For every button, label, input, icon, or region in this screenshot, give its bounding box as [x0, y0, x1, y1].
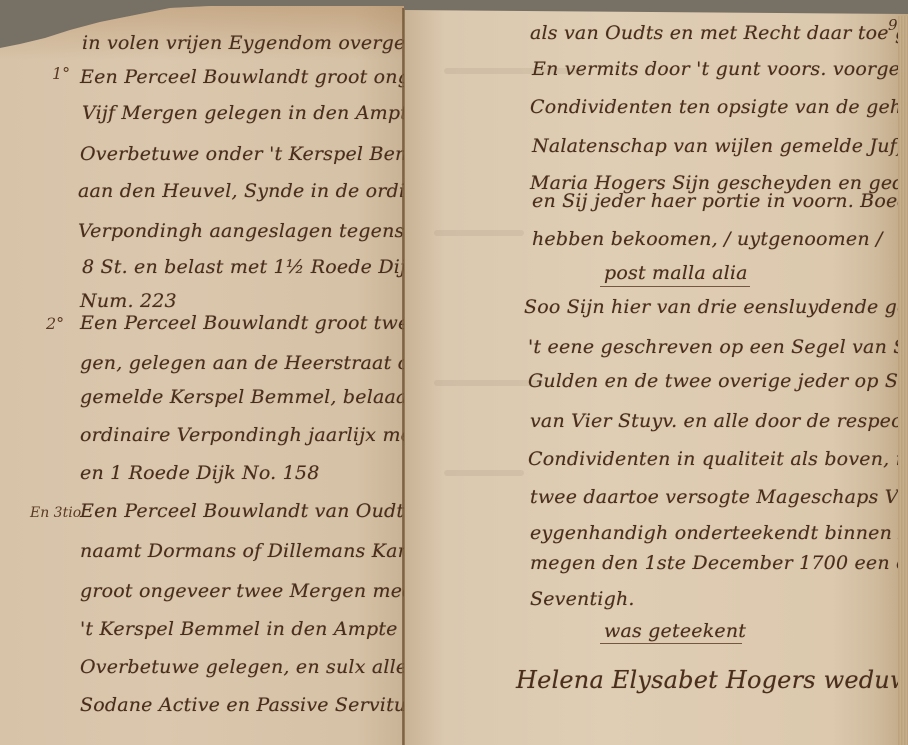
text-line: eygenhandigh onderteekendt binnen Nij-	[530, 522, 908, 544]
text-line: hebben bekoomen, / uytgenoomen /	[532, 228, 883, 250]
book-spread: 1° 2° En 3tio in volen vrijen Eygendom o…	[0, 0, 908, 745]
page-edges	[898, 16, 908, 745]
text-line: En vermits door 't gunt voors. voorgenoe…	[532, 58, 908, 80]
text-line: als van Oudts en met Recht daar toe geho…	[530, 22, 908, 44]
text-line: twee daartoe versogte Mageschaps Vriende…	[530, 486, 908, 508]
text-line: 't Kerspel Bemmel in den Ampte van	[80, 618, 404, 640]
text-line: Een Perceel Bouwlandt van Oudt ge	[80, 500, 404, 522]
text-line: Gulden en de twee overige jeder op Segel…	[528, 370, 908, 392]
text-line: Nalatenschap van wijlen gemelde Juffr.	[532, 135, 908, 157]
text-line: Num. 223	[80, 290, 177, 312]
right-page: 90 als van Oudts en met Recht daar toe g…	[404, 0, 908, 745]
text-line: Soo Sijn hier van drie eensluydende gema…	[524, 296, 908, 318]
margin-note: 1°	[52, 64, 70, 83]
text-line: Seventigh.	[530, 588, 635, 610]
text-line: post malla alia	[604, 262, 748, 284]
left-page: 1° 2° En 3tio in volen vrijen Eygendom o…	[0, 0, 404, 745]
text-line: Verpondingh aangeslagen tegens 5 G.	[78, 220, 404, 242]
text-line: megen den 1ste December 1700 een en	[530, 552, 908, 574]
text-line: en 1 Roede Dijk No. 158	[80, 462, 320, 484]
text-line: naamt Dormans of Dillemans Kamp,	[80, 540, 404, 562]
signature: Helena Elysabet Hogers weduwe	[516, 666, 908, 694]
text-line: Condividenten ten opsigte van de geheele	[530, 96, 908, 118]
text-line: gemelde Kerspel Bemmel, belaaat in	[80, 386, 404, 408]
text-line: ordinaire Verpondingh jaarlijx met ...	[80, 424, 404, 446]
bleed-through	[434, 230, 524, 236]
text-line: Overbetuwe onder 't Kerspel Bemmel	[80, 143, 404, 165]
underline	[600, 286, 750, 287]
text-line: Condividenten in qualiteit als boven, ne…	[528, 448, 908, 470]
text-line: van Vier Stuyv. en alle door de respecti…	[530, 410, 908, 432]
text-line: was geteekent	[604, 620, 746, 642]
text-line: gen, gelegen aan de Heerstraat onder	[80, 352, 404, 374]
book-gutter	[402, 8, 405, 745]
text-line: Vijf Mergen gelegen in den Ampte van	[82, 102, 404, 124]
text-line: 't eene geschreven op een Segel van Sest…	[528, 336, 908, 358]
text-line: en Sij jeder haer portie in voorn. Boede…	[532, 190, 908, 212]
margin-note: En 3tio	[30, 505, 81, 521]
text-line: Sodane Active en Passive Servituten	[80, 694, 404, 716]
text-line: aan den Heuvel, Synde in de ordinaire	[78, 180, 404, 202]
text-line: groot ongeveer twee Mergen mede onder	[80, 580, 404, 602]
underline	[600, 643, 742, 644]
text-line: Een Perceel Bouwlandt groot twee Mer	[80, 312, 404, 334]
text-line: Overbetuwe gelegen, en sulx alles met	[80, 656, 404, 678]
text-line: in volen vrijen Eygendom overgegeven	[82, 32, 404, 54]
margin-note: 2°	[46, 314, 64, 333]
text-line: 8 St. en belast met 1½ Roede Dijk	[82, 256, 404, 278]
bleed-through	[444, 470, 524, 476]
text-line: Een Perceel Bouwlandt groot ongeveer	[80, 66, 404, 88]
